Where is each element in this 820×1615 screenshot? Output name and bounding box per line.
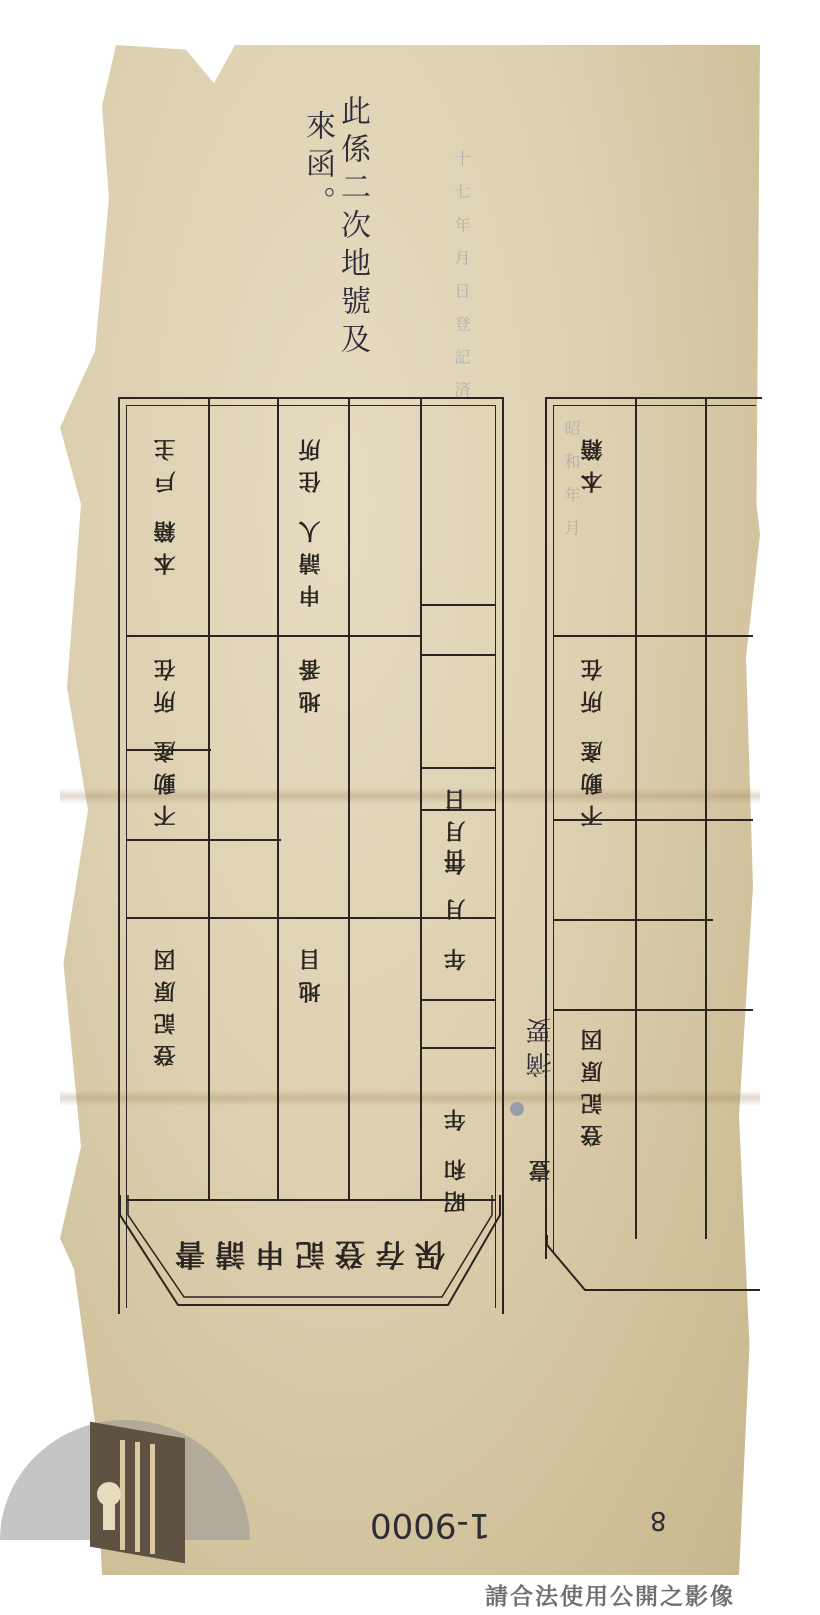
form-label-toki-genin: 登記原因 bbox=[150, 939, 181, 1067]
row-divider bbox=[420, 767, 496, 769]
column-divider bbox=[277, 399, 279, 1199]
row-divider bbox=[553, 1009, 753, 1011]
archive-logo-book-stripe bbox=[150, 1444, 155, 1554]
column-divider bbox=[348, 399, 350, 1199]
right-form-label-honseki: 本籍 bbox=[577, 429, 608, 493]
right-form: 本籍 不動產 所在 登記原因 bbox=[545, 397, 762, 1259]
row-divider bbox=[420, 654, 496, 656]
right-form-label-toki-genin: 登記原因 bbox=[577, 1019, 608, 1147]
form-label-shinseinin: 申請人 住所 bbox=[295, 429, 326, 607]
row-divider bbox=[420, 604, 496, 606]
right-form-label-fudosan: 不動產 所在 bbox=[577, 649, 608, 827]
row-divider bbox=[126, 635, 420, 637]
column-divider bbox=[420, 399, 422, 1199]
form-label-date: 年 月 日 bbox=[440, 839, 471, 970]
form-label-chimoku: 地目 bbox=[295, 939, 326, 1003]
bleed-through-text: 十 七 年 月 日 登 記 済 bbox=[450, 150, 473, 404]
form-label-honseki: 本籍 戶主 bbox=[150, 429, 181, 575]
row-divider bbox=[420, 1047, 496, 1049]
form-label-chiban: 地番 bbox=[295, 649, 326, 713]
usage-watermark: 請合法使用公開之影像 bbox=[485, 1578, 735, 1611]
left-form-title: 保存登記申請書 bbox=[165, 1235, 445, 1279]
right-form-bottom-cap bbox=[545, 1235, 765, 1295]
archive-logo-keyhole-stem bbox=[103, 1500, 115, 1530]
ink-blot bbox=[510, 1102, 524, 1116]
row-divider bbox=[420, 999, 496, 1001]
column-divider bbox=[208, 399, 210, 1199]
form-label-fudosan: 不動產 所在 bbox=[150, 649, 181, 827]
handwritten-note-line2: 來函。 bbox=[295, 110, 339, 224]
archive-number: 1-9000 bbox=[370, 1505, 490, 1545]
left-form: 本籍 戶主 不動產 所在 登記原因 申請人 住所 地番 地目 年月日 年 月 日… bbox=[118, 397, 504, 1314]
row-divider bbox=[126, 839, 281, 841]
page-mark: 8 bbox=[650, 1505, 667, 1535]
archive-logo-book-stripe bbox=[135, 1442, 140, 1552]
row-divider bbox=[553, 919, 713, 921]
row-divider bbox=[553, 635, 753, 637]
